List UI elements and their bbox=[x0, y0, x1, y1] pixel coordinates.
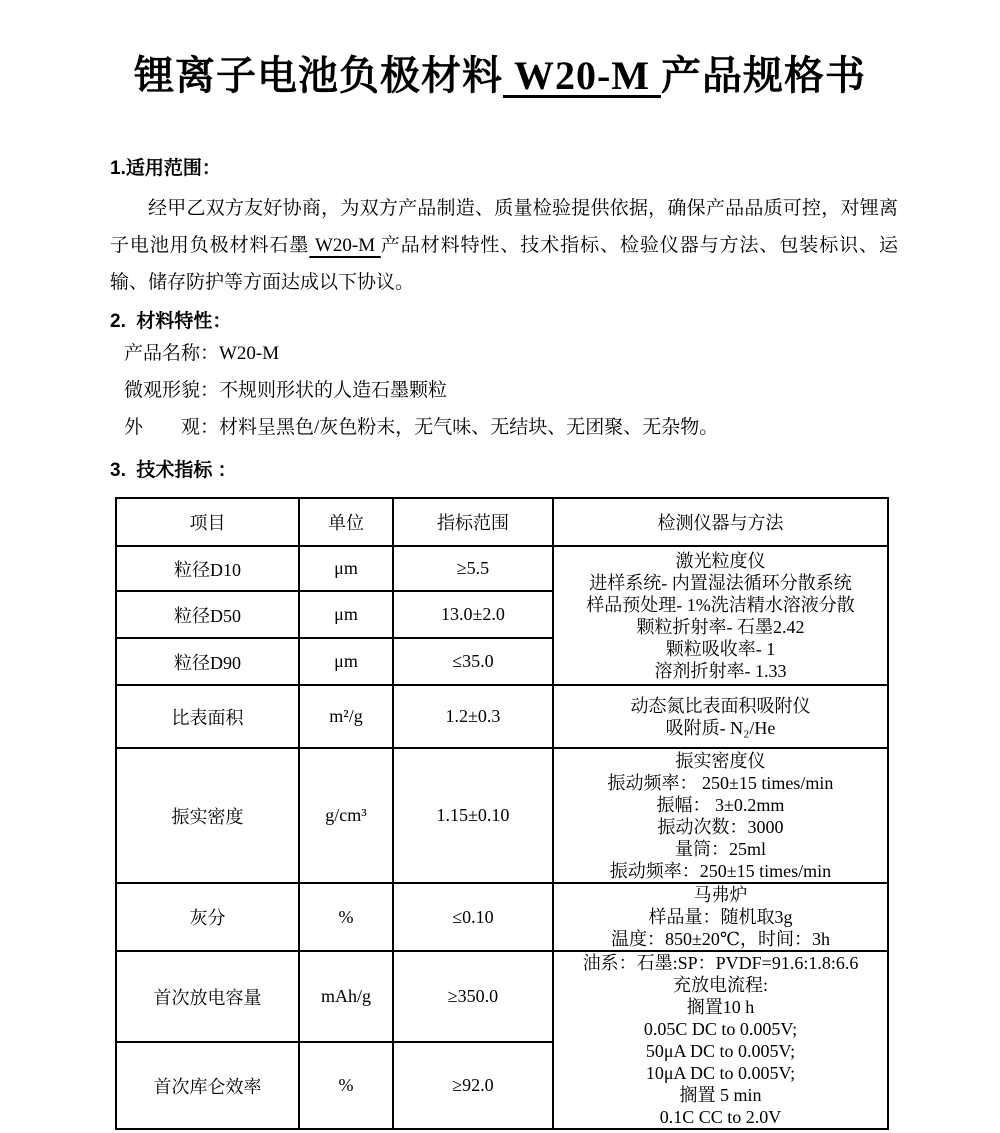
range-cell: ≤35.0 bbox=[393, 638, 553, 685]
title-model-underlined: W20-M bbox=[503, 53, 661, 98]
table-row-d10: 粒径D10 μm ≥5.5 激光粒度仪 进样系统- 内置湿法循环分散系统 样品预… bbox=[116, 546, 888, 591]
document-page: 锂离子电池负极材料 W20-M 产品规格书 1.适用范围： 经甲乙双方友好协商，… bbox=[0, 0, 1000, 1133]
method-cell-surface-area: 动态氮比表面积吸附仪 吸附质- N₂/He bbox=[553, 685, 888, 748]
table-row-tap-density: 振实密度 g/cm³ 1.15±0.10 振实密度仪 振动频率： 250±15 … bbox=[116, 748, 888, 883]
unit-cell: mAh/g bbox=[299, 951, 393, 1042]
header-range: 指标范围 bbox=[393, 498, 553, 546]
title-suffix: 产品规格书 bbox=[661, 53, 866, 98]
section-1-heading: 1.适用范围： bbox=[110, 156, 898, 182]
range-cell: ≥5.5 bbox=[393, 546, 553, 591]
section-1-paragraph: 经甲乙双方友好协商，为双方产品制造、质量检验提供依据，确保产品品质可控，对锂离子… bbox=[110, 190, 898, 301]
paragraph-model-underlined: W20-M bbox=[309, 235, 381, 256]
document-body: 1.适用范围： 经甲乙双方友好协商，为双方产品制造、质量检验提供依据，确保产品品… bbox=[110, 156, 898, 1130]
unit-cell: μm bbox=[299, 638, 393, 685]
item-cell: 粒径D50 bbox=[116, 591, 299, 638]
unit-cell: μm bbox=[299, 546, 393, 591]
table-row-ash: 灰分 % ≤0.10 马弗炉 样品量：随机取3g 温度：850±20℃，时间：3… bbox=[116, 883, 888, 951]
appearance-line: 外 观：材料呈黑色/灰色粉末，无气味、无结块、无团聚、无杂物。 bbox=[124, 409, 898, 446]
range-cell: 13.0±2.0 bbox=[393, 591, 553, 638]
range-cell: ≥350.0 bbox=[393, 951, 553, 1042]
item-cell: 首次库仑效率 bbox=[116, 1042, 299, 1129]
table-row-surface-area: 比表面积 m²/g 1.2±0.3 动态氮比表面积吸附仪 吸附质- N₂/He bbox=[116, 685, 888, 748]
header-unit: 单位 bbox=[299, 498, 393, 546]
unit-cell: μm bbox=[299, 591, 393, 638]
method-cell-particle-size: 激光粒度仪 进样系统- 内置湿法循环分散系统 样品预处理- 1%洗洁精水溶液分散… bbox=[553, 546, 888, 685]
page-title: 锂离子电池负极材料 W20-M 产品规格书 bbox=[0, 0, 1000, 100]
section-3-heading: 3. 技术指标 ： bbox=[110, 458, 898, 484]
unit-cell: % bbox=[299, 883, 393, 951]
range-cell: ≥92.0 bbox=[393, 1042, 553, 1129]
method-cell-tap-density: 振实密度仪 振动频率： 250±15 times/min 振幅： 3±0.2mm… bbox=[553, 748, 888, 883]
table-header-row: 项目 单位 指标范围 检测仪器与方法 bbox=[116, 498, 888, 546]
spec-table: 项目 单位 指标范围 检测仪器与方法 粒径D10 μm ≥5.5 激光粒度仪 进… bbox=[115, 497, 889, 1130]
morphology-line: 微观形貌：不规则形状的人造石墨颗粒 bbox=[124, 372, 898, 409]
section-2-heading: 2. 材料特性： bbox=[110, 309, 898, 335]
unit-cell: % bbox=[299, 1042, 393, 1129]
item-cell: 粒径D10 bbox=[116, 546, 299, 591]
header-item: 项目 bbox=[116, 498, 299, 546]
item-cell: 振实密度 bbox=[116, 748, 299, 883]
table-row-discharge-capacity: 首次放电容量 mAh/g ≥350.0 油系：石墨:SP：PVDF=91.6:1… bbox=[116, 951, 888, 1042]
range-cell: 1.2±0.3 bbox=[393, 685, 553, 748]
header-method: 检测仪器与方法 bbox=[553, 498, 888, 546]
method-cell-ash: 马弗炉 样品量：随机取3g 温度：850±20℃，时间：3h bbox=[553, 883, 888, 951]
item-cell: 比表面积 bbox=[116, 685, 299, 748]
method-cell-capacity: 油系：石墨:SP：PVDF=91.6:1.8:6.6 充放电流程: 搁置10 h… bbox=[553, 951, 888, 1129]
item-cell: 灰分 bbox=[116, 883, 299, 951]
item-cell: 粒径D90 bbox=[116, 638, 299, 685]
unit-cell: g/cm³ bbox=[299, 748, 393, 883]
range-cell: 1.15±0.10 bbox=[393, 748, 553, 883]
title-prefix: 锂离子电池负极材料 bbox=[134, 53, 503, 98]
item-cell: 首次放电容量 bbox=[116, 951, 299, 1042]
unit-cell: m²/g bbox=[299, 685, 393, 748]
product-name-line: 产品名称：W20-M bbox=[124, 335, 898, 372]
range-cell: ≤0.10 bbox=[393, 883, 553, 951]
